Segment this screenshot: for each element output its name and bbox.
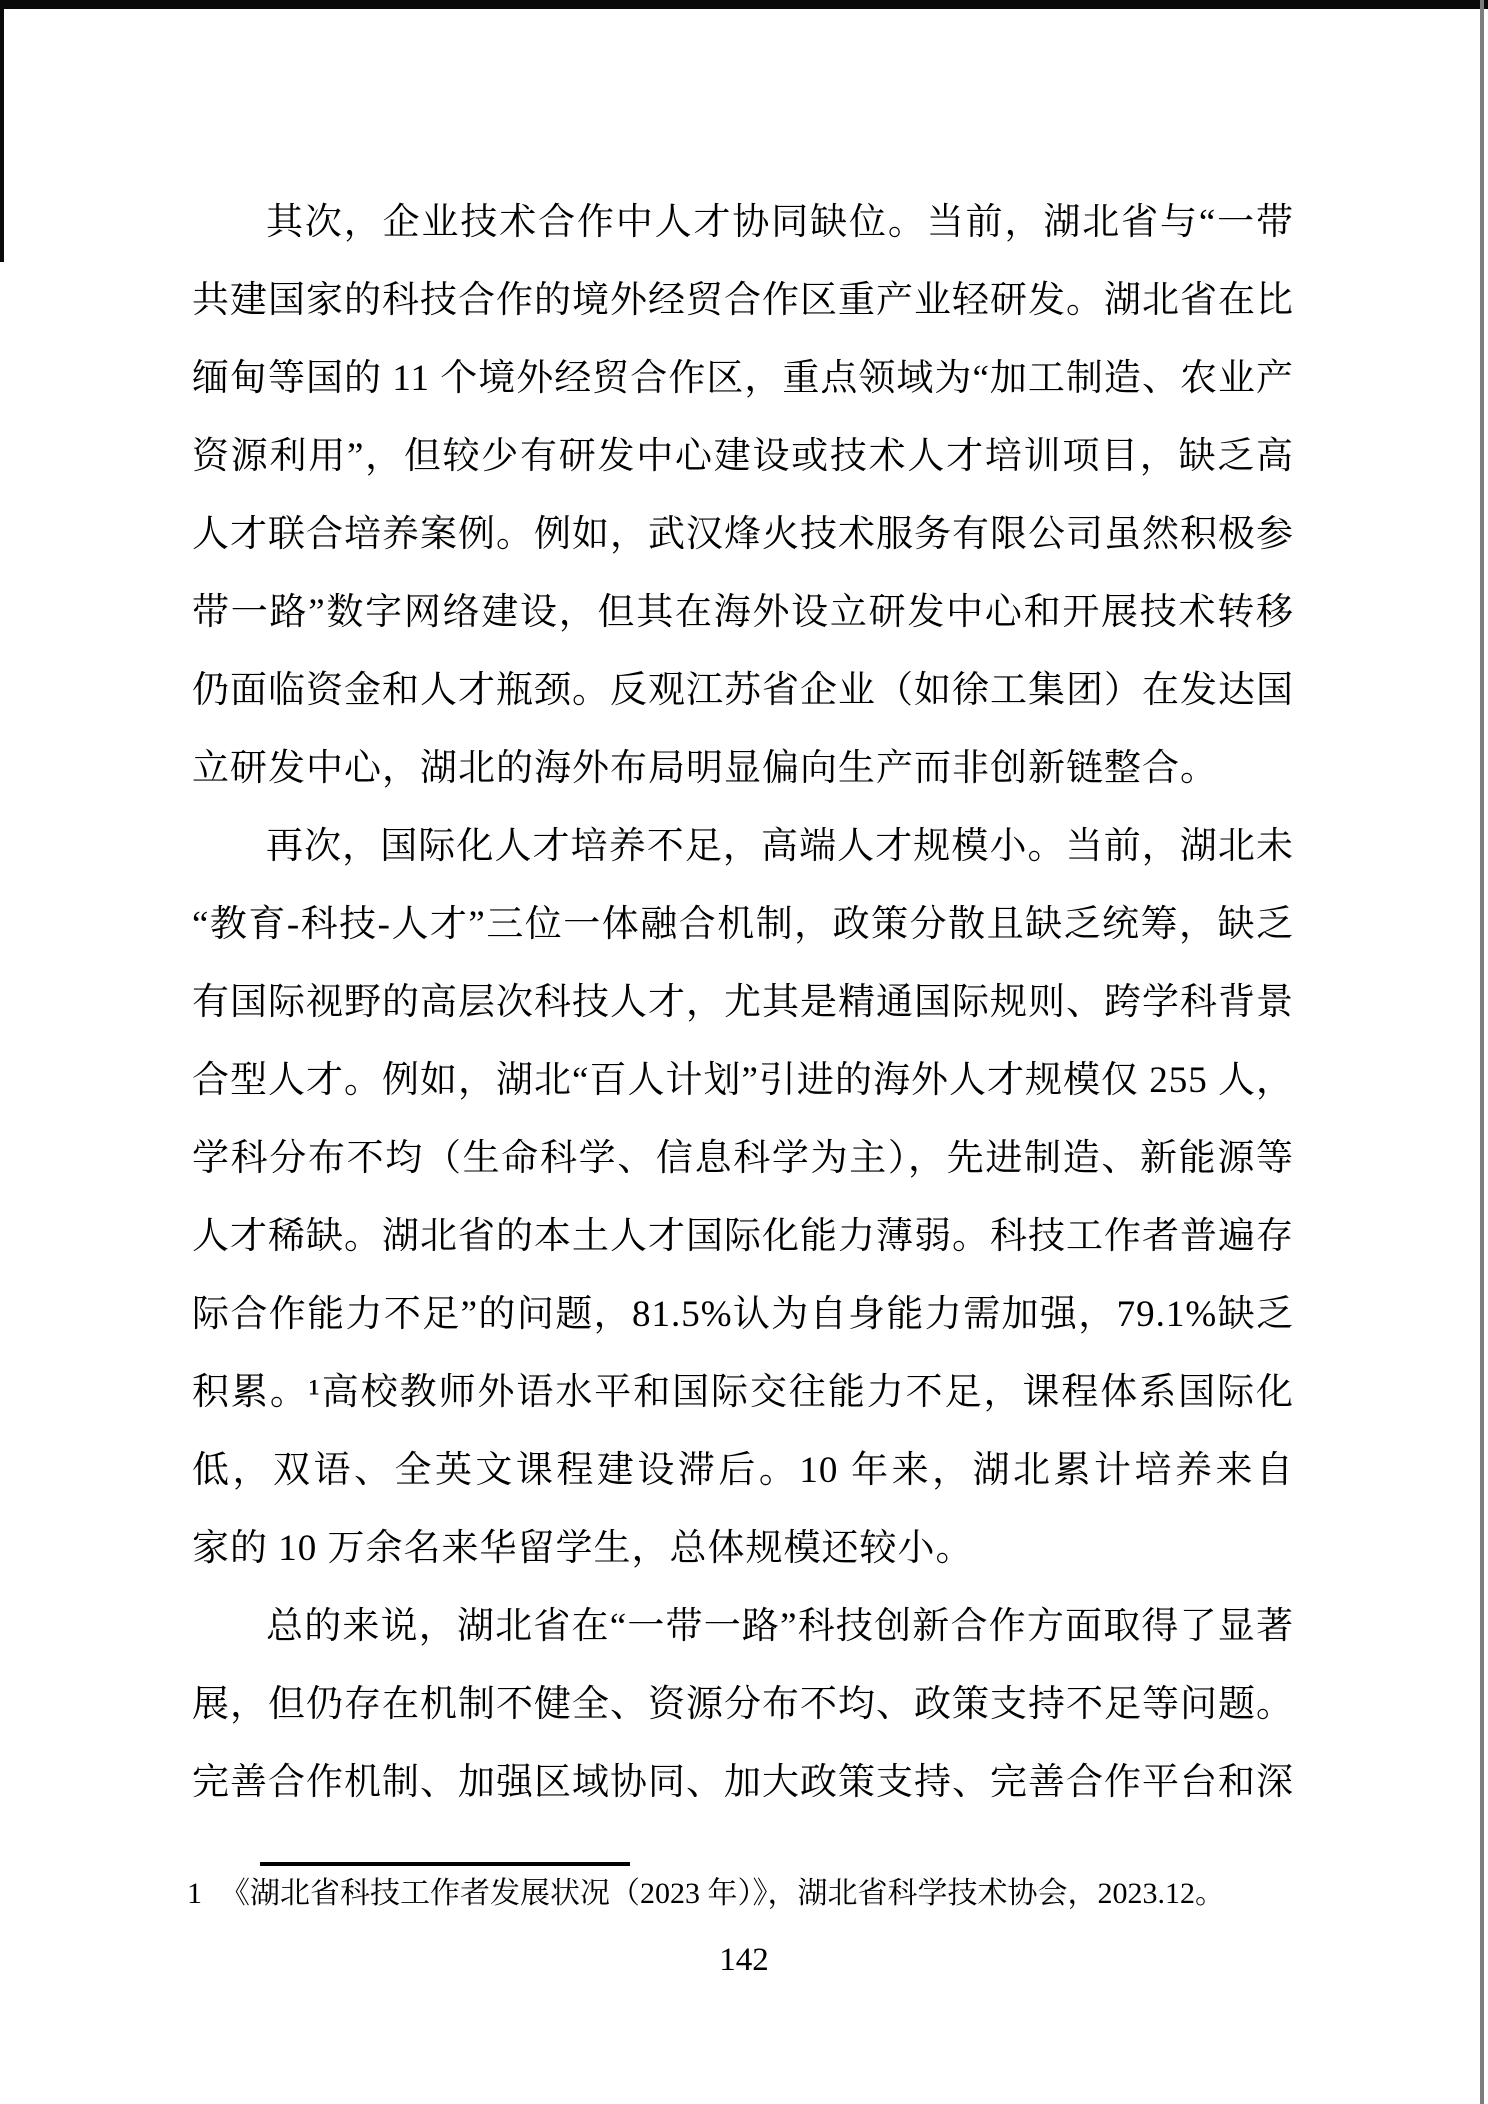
text-line: 际合作能力不足”的问题，81.5%认为自身能力需加强，79.1%缺乏经验 bbox=[192, 1276, 1294, 1354]
footnote-separator bbox=[260, 1862, 630, 1866]
text-line: 其次，企业技术合作中人才协同缺位。当前，湖北省与“一带一路” bbox=[192, 184, 1294, 262]
text-line: 资源利用”，但较少有研发中心建设或技术人才培训项目，缺乏高技术 bbox=[192, 418, 1294, 496]
text-line: 缅甸等国的 11 个境外经贸合作区，重点领域为“加工制造、农业产业、 bbox=[192, 340, 1294, 418]
scan-border-left bbox=[0, 0, 4, 262]
text-line: 学科分布不均（生命科学、信息科学为主），先进制造、新能源等领域 bbox=[192, 1120, 1294, 1198]
text-line: 完善合作机制、加强区域协同、加大政策支持、完善合作平台和深化国 bbox=[192, 1744, 1294, 1822]
text-line: 有国际视野的高层次科技人才，尤其是精通国际规则、跨学科背景的复 bbox=[192, 964, 1294, 1042]
footnote-text: 《湖北省科技工作者发展状况（2023 年）》，湖北省科学技术协会，2023.12… bbox=[220, 1877, 1225, 1910]
scan-border-right bbox=[1480, 0, 1484, 2104]
document-page: 其次，企业技术合作中人才协同缺位。当前，湖北省与“一带一路” 共建国家的科技合作… bbox=[0, 0, 1488, 2104]
footnote-marker: 1 bbox=[187, 1877, 202, 1910]
paragraph-2: 再次，国际化人才培养不足，高端人才规模小。当前，湖北未形成 “教育-科技-人才”… bbox=[192, 808, 1294, 1588]
text-line: 仍面临资金和人才瓶颈。反观江苏省企业（如徐工集团）在发达国家设 bbox=[192, 652, 1294, 730]
text-line: 低，双语、全英文课程建设滞后。10 年来，湖北累计培养来自 183 个国 bbox=[192, 1432, 1294, 1510]
text-line: 立研发中心，湖北的海外布局明显偏向生产而非创新链整合。 bbox=[192, 730, 1294, 808]
paragraph-1: 其次，企业技术合作中人才协同缺位。当前，湖北省与“一带一路” 共建国家的科技合作… bbox=[192, 184, 1294, 808]
text-line: 积累。¹高校教师外语水平和国际交往能力不足，课程体系国际化程度 bbox=[192, 1354, 1294, 1432]
paragraph-3: 总的来说，湖北省在“一带一路”科技创新合作方面取得了显著进 展，但仍存在机制不健… bbox=[192, 1588, 1294, 1822]
body-text: 其次，企业技术合作中人才协同缺位。当前，湖北省与“一带一路” 共建国家的科技合作… bbox=[192, 184, 1294, 1822]
footnote: 1《湖北省科技工作者发展状况（2023 年）》，湖北省科学技术协会，2023.1… bbox=[187, 1872, 1297, 1916]
text-line: 展，但仍存在机制不健全、资源分布不均、政策支持不足等问题。通过 bbox=[192, 1666, 1294, 1744]
text-line: 共建国家的科技合作的境外经贸合作区重产业轻研发。湖北省在比利时、 bbox=[192, 262, 1294, 340]
scan-border-top bbox=[0, 0, 1488, 9]
page-number: 142 bbox=[0, 1938, 1488, 1982]
text-line: 再次，国际化人才培养不足，高端人才规模小。当前，湖北未形成 bbox=[192, 808, 1294, 886]
text-line: 合型人才。例如，湖北“百人计划”引进的海外人才规模仅 255 人，且 bbox=[192, 1042, 1294, 1120]
text-line: 家的 10 万余名来华留学生，总体规模还较小。 bbox=[192, 1510, 1294, 1588]
text-line: 人才稀缺。湖北省的本土人才国际化能力薄弱。科技工作者普遍存在“国 bbox=[192, 1198, 1294, 1276]
text-line: 人才联合培养案例。例如，武汉烽火技术服务有限公司虽然积极参与“一 bbox=[192, 496, 1294, 574]
text-line: 带一路”数字网络建设，但其在海外设立研发中心和开展技术转移方面 bbox=[192, 574, 1294, 652]
text-line: “教育-科技-人才”三位一体融合机制，政策分散且缺乏统筹，缺乏具 bbox=[192, 886, 1294, 964]
text-line: 总的来说，湖北省在“一带一路”科技创新合作方面取得了显著进 bbox=[192, 1588, 1294, 1666]
